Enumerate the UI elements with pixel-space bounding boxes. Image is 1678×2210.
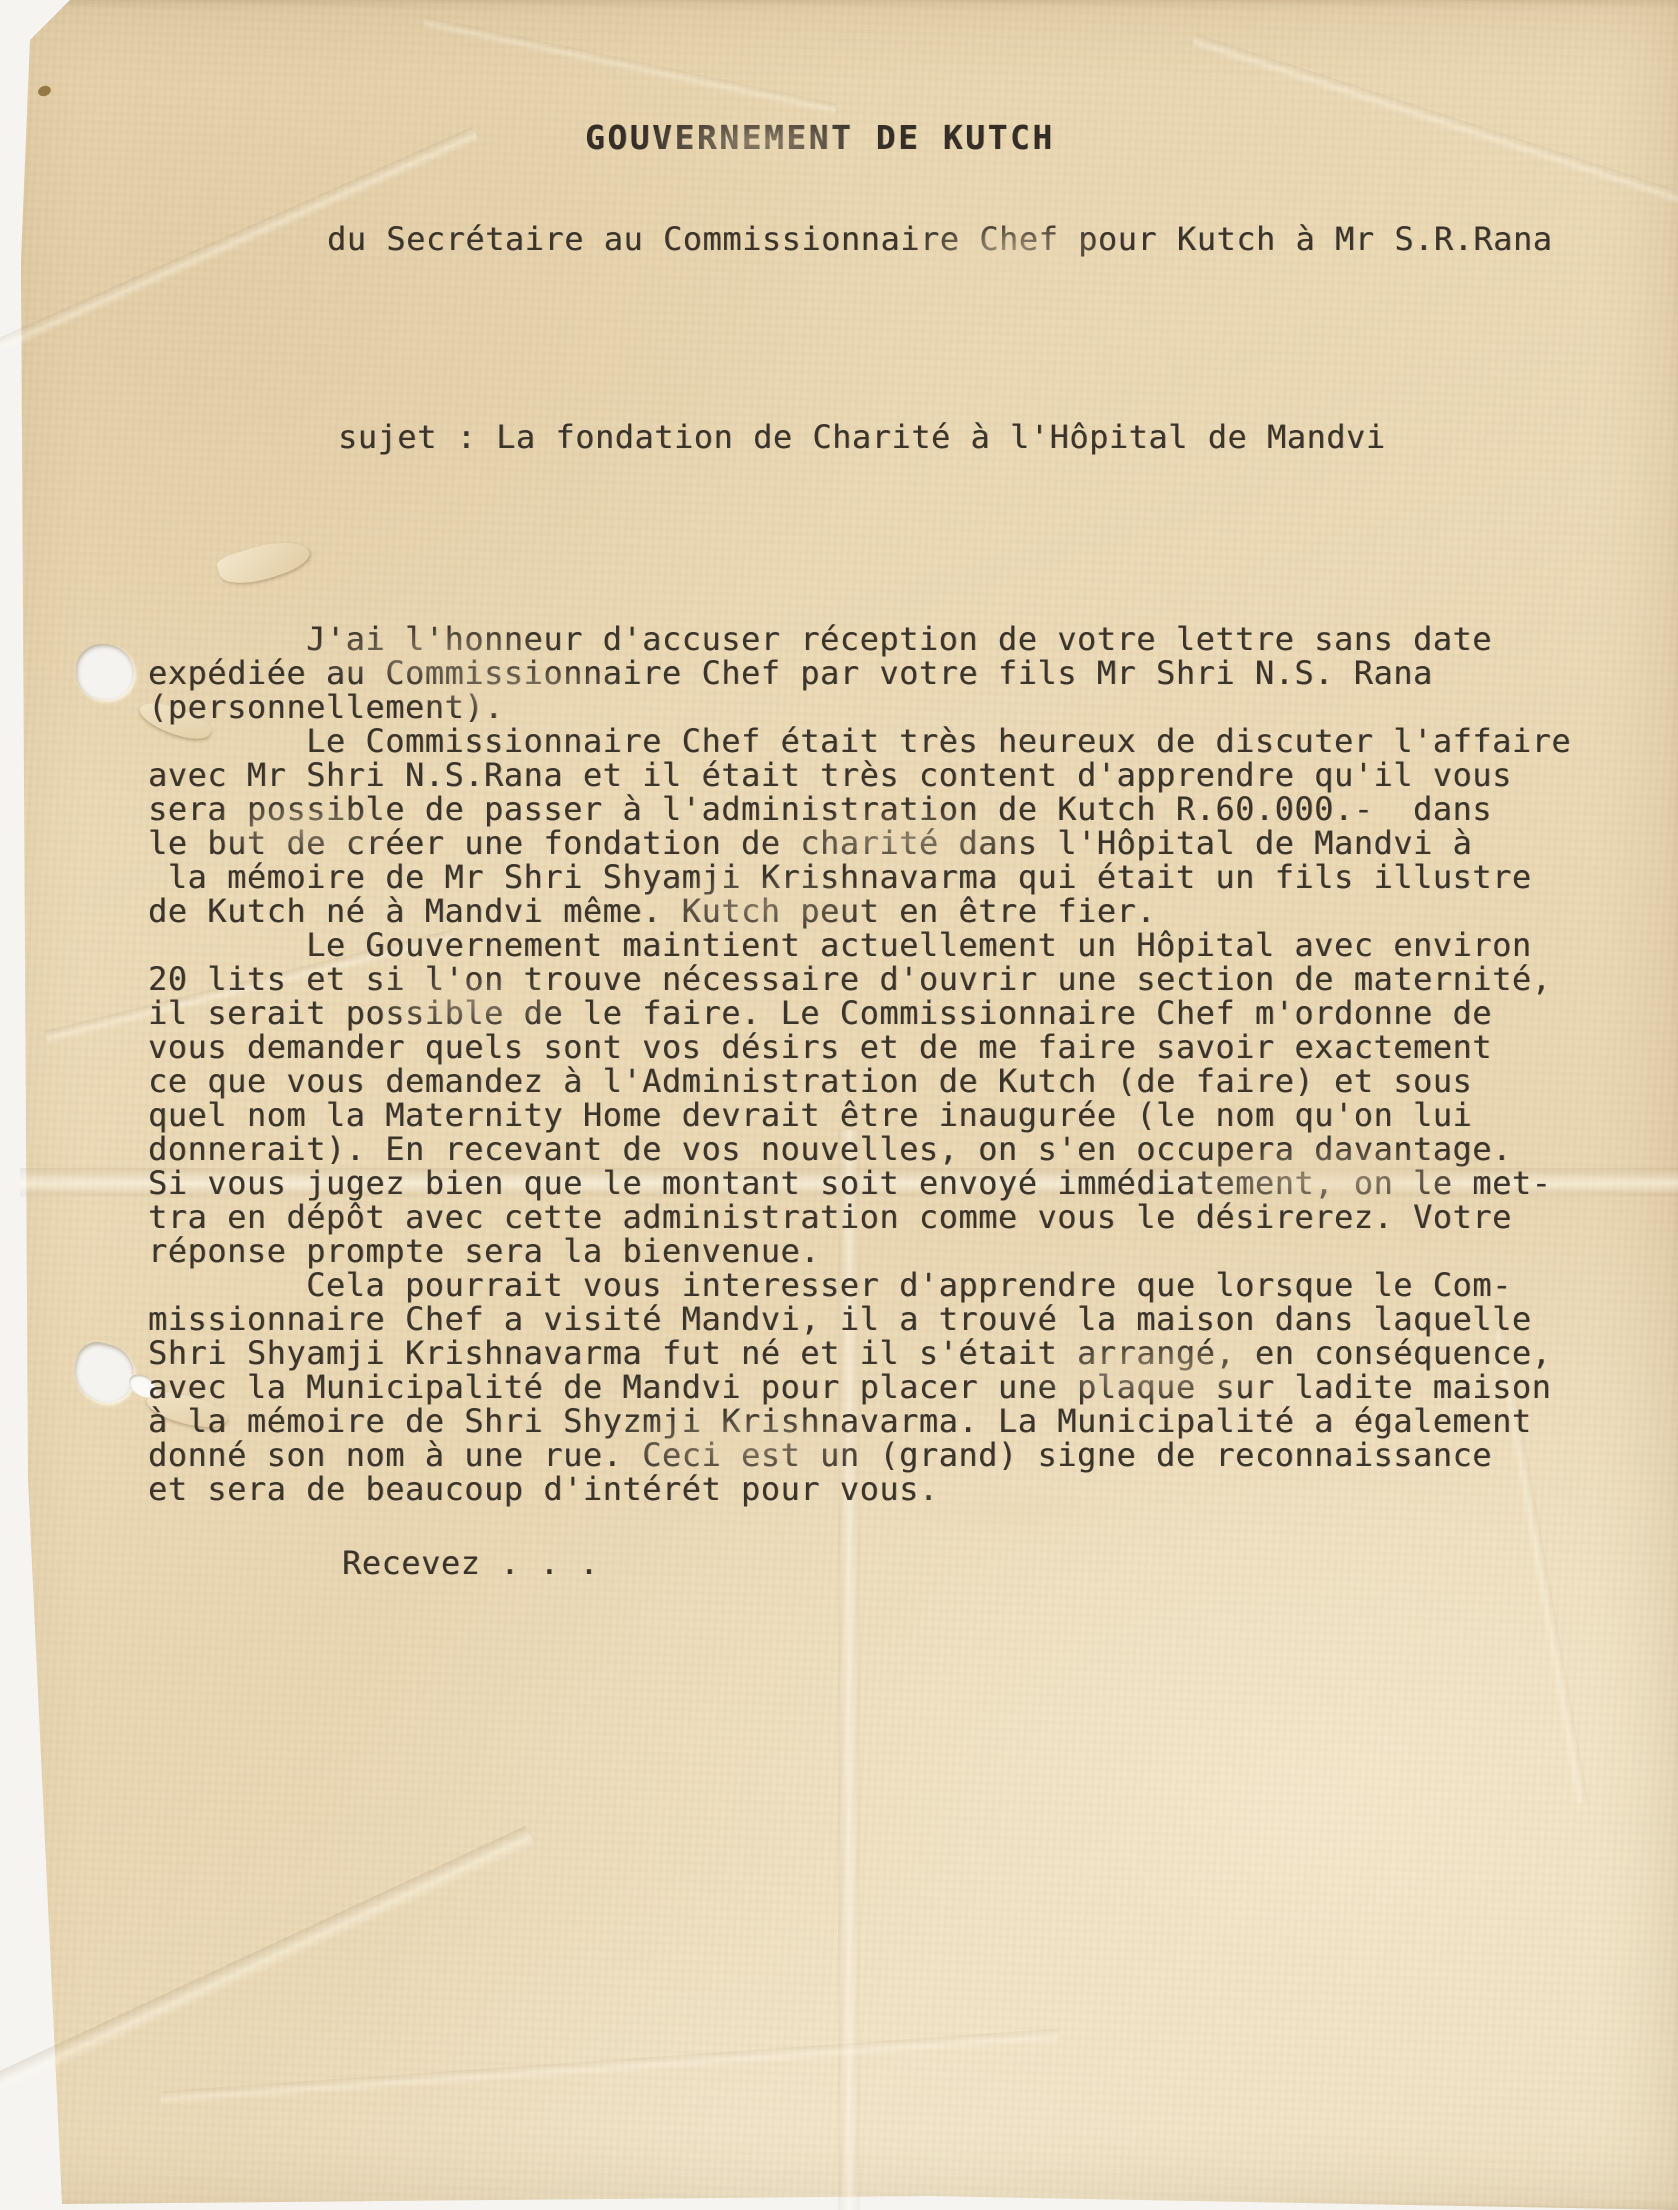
letter-from-line: du Secrétaire au Commissionnaire Chef po… (327, 220, 1552, 258)
typed-text-layer: GOUVERNEMENT DE KUTCH du Secrétaire au C… (0, 0, 1678, 2210)
letter-closing: Recevez . . . (342, 1544, 599, 1582)
scanned-letter-stage: GOUVERNEMENT DE KUTCH du Secrétaire au C… (0, 0, 1678, 2210)
letter-title: GOUVERNEMENT DE KUTCH (585, 118, 1055, 157)
letter-subject: sujet : La fondation de Charité à l'Hôpi… (338, 418, 1386, 456)
letter-body: J'ai l'honneur d'accuser réception de vo… (148, 622, 1571, 1506)
